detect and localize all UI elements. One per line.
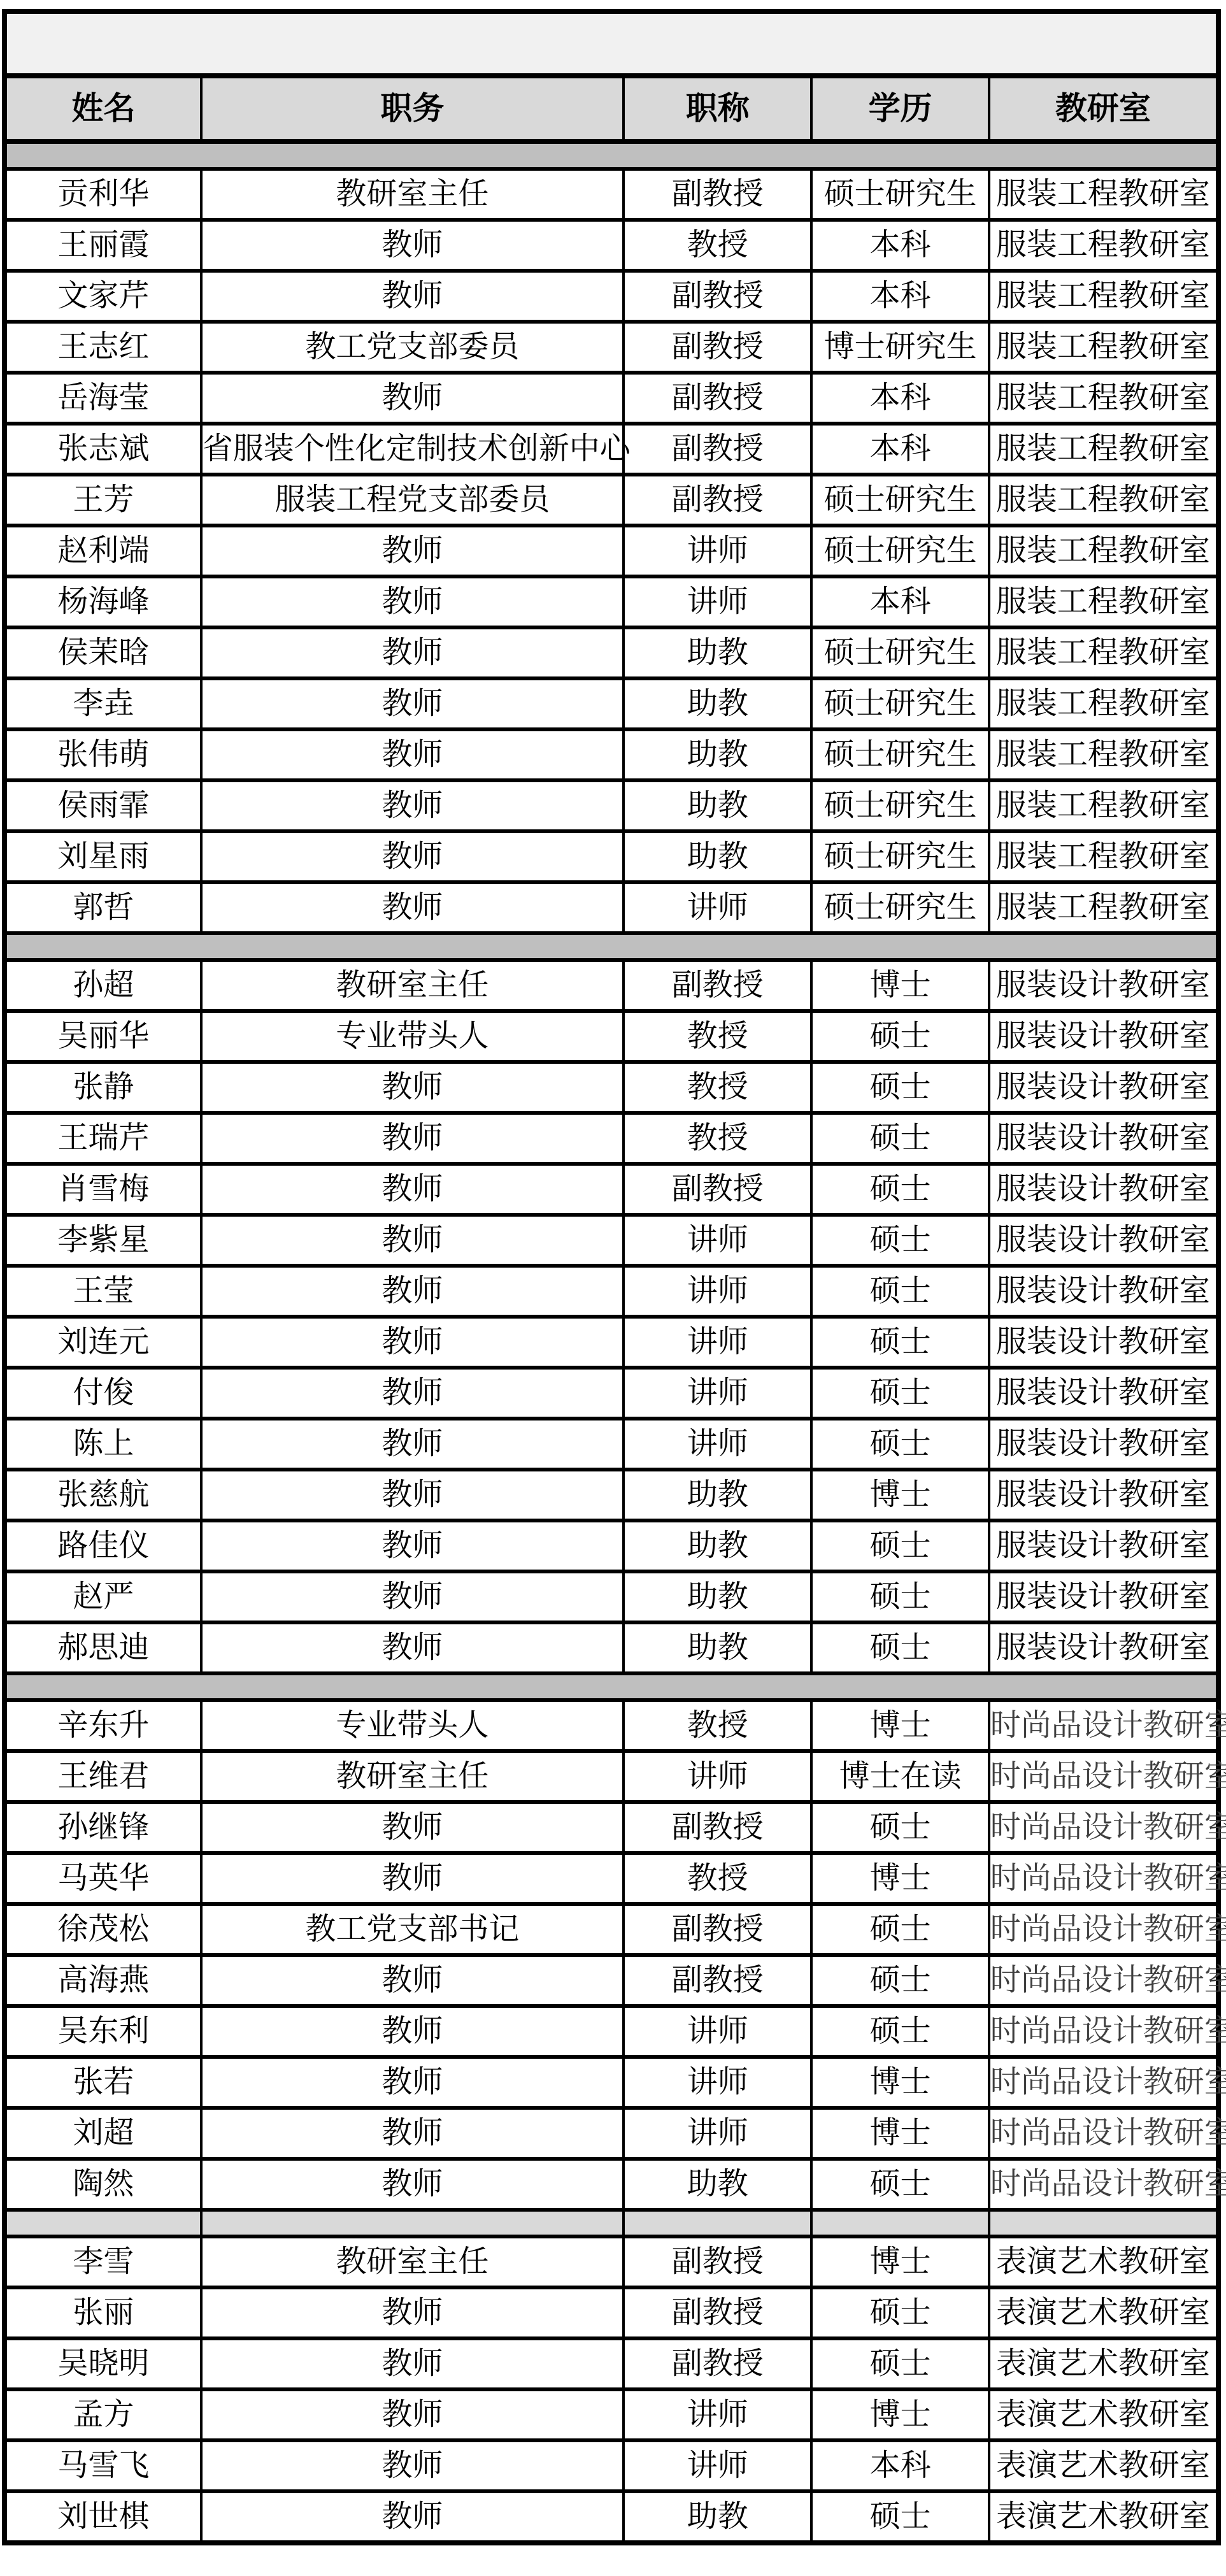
cell-office: 服装设计教研室 — [989, 1317, 1218, 1368]
cell-position: 教师 — [201, 678, 624, 729]
cell-position: 教师 — [201, 1368, 624, 1419]
top-empty-cell — [4, 11, 1218, 76]
cell-title: 副教授 — [624, 2236, 811, 2287]
cell-degree: 硕士研究生 — [811, 526, 988, 576]
cell-position: 教师 — [201, 2491, 624, 2543]
cell-position: 教师 — [201, 729, 624, 780]
cell-title: 讲师 — [624, 526, 811, 576]
column-header-name: 姓名 — [4, 76, 201, 141]
cell-office: 服装工程教研室 — [989, 475, 1218, 526]
cell-degree: 硕士 — [811, 2159, 988, 2210]
cell-title: 副教授 — [624, 271, 811, 322]
cell-name: 张若 — [4, 2057, 201, 2108]
cell-name: 王芳 — [4, 475, 201, 526]
table-row: 王瑞芹教师教授硕士服装设计教研室 — [4, 1113, 1218, 1164]
section-separator — [4, 1673, 1218, 1700]
table-row: 马英华教师教授博士时尚品设计教研室 — [4, 1853, 1218, 1904]
cell-office: 服装设计教研室 — [989, 1571, 1218, 1622]
cell-office: 服装工程教研室 — [989, 576, 1218, 627]
cell-title: 教授 — [624, 1113, 811, 1164]
table-row: 张伟萌教师助教硕士研究生服装工程教研室 — [4, 729, 1218, 780]
cell-name: 刘星雨 — [4, 831, 201, 882]
table-row: 张若教师讲师博士时尚品设计教研室 — [4, 2057, 1218, 2108]
cell-position: 省服装个性化定制技术创新中心 — [201, 424, 624, 475]
table-row: 徐茂松教工党支部书记副教授硕士时尚品设计教研室 — [4, 1904, 1218, 1955]
cell-title: 副教授 — [624, 1164, 811, 1215]
cell-position: 教师 — [201, 1571, 624, 1622]
cell-degree: 本科 — [811, 373, 988, 424]
cell-degree: 硕士研究生 — [811, 729, 988, 780]
cell-title: 副教授 — [624, 169, 811, 220]
cell-title: 助教 — [624, 1521, 811, 1571]
table-row: 孟方教师讲师博士表演艺术教研室 — [4, 2389, 1218, 2440]
cell-office: 服装设计教研室 — [989, 960, 1218, 1011]
cell-name: 杨海峰 — [4, 576, 201, 627]
cell-office: 时尚品设计教研室 — [989, 2057, 1218, 2108]
cell-title: 助教 — [624, 2491, 811, 2543]
cell-name: 侯雨霏 — [4, 780, 201, 831]
cell-title: 讲师 — [624, 1215, 811, 1266]
cell-office: 服装工程教研室 — [989, 831, 1218, 882]
table-row: 赵利端教师讲师硕士研究生服装工程教研室 — [4, 526, 1218, 576]
cell-degree: 硕士研究生 — [811, 169, 988, 220]
cell-office: 服装设计教研室 — [989, 1368, 1218, 1419]
cell-degree: 硕士研究生 — [811, 780, 988, 831]
separator-cell — [811, 2210, 988, 2236]
cell-position: 教师 — [201, 627, 624, 678]
cell-position: 教师 — [201, 2287, 624, 2338]
cell-title: 助教 — [624, 780, 811, 831]
cell-position: 服装工程党支部委员 — [201, 475, 624, 526]
cell-position: 教师 — [201, 526, 624, 576]
cell-degree: 硕士 — [811, 1955, 988, 2006]
cell-office: 表演艺术教研室 — [989, 2440, 1218, 2491]
cell-title: 助教 — [624, 831, 811, 882]
cell-title: 助教 — [624, 729, 811, 780]
cell-degree: 本科 — [811, 424, 988, 475]
cell-degree: 博士 — [811, 1853, 988, 1904]
cell-name: 辛东升 — [4, 1700, 201, 1751]
separator-cell — [201, 2210, 624, 2236]
cell-office: 服装工程教研室 — [989, 729, 1218, 780]
cell-degree: 硕士研究生 — [811, 627, 988, 678]
table-row: 侯茉晗教师助教硕士研究生服装工程教研室 — [4, 627, 1218, 678]
cell-title: 讲师 — [624, 2440, 811, 2491]
cell-office: 服装设计教研室 — [989, 1470, 1218, 1521]
cell-degree: 硕士 — [811, 2338, 988, 2389]
cell-title: 副教授 — [624, 2338, 811, 2389]
cell-degree: 硕士 — [811, 1419, 988, 1470]
cell-name: 刘超 — [4, 2108, 201, 2159]
cell-degree: 博士 — [811, 1470, 988, 1521]
cell-name: 马英华 — [4, 1853, 201, 1904]
cell-title: 讲师 — [624, 2389, 811, 2440]
cell-name: 马雪飞 — [4, 2440, 201, 2491]
cell-degree: 硕士 — [811, 1571, 988, 1622]
cell-degree: 硕士研究生 — [811, 882, 988, 933]
cell-office: 时尚品设计教研室 — [989, 1802, 1218, 1853]
cell-position: 教工党支部书记 — [201, 1904, 624, 1955]
table-row: 刘星雨教师助教硕士研究生服装工程教研室 — [4, 831, 1218, 882]
cell-title: 副教授 — [624, 2287, 811, 2338]
table-row: 孙超教研室主任副教授博士服装设计教研室 — [4, 960, 1218, 1011]
cell-name: 王丽霞 — [4, 220, 201, 271]
cell-position: 教师 — [201, 2159, 624, 2210]
cell-office: 表演艺术教研室 — [989, 2491, 1218, 2543]
cell-degree: 硕士 — [811, 1011, 988, 1062]
cell-title: 副教授 — [624, 1955, 811, 2006]
cell-office: 时尚品设计教研室 — [989, 2006, 1218, 2057]
cell-title: 副教授 — [624, 424, 811, 475]
cell-title: 助教 — [624, 627, 811, 678]
table-row: 陈上教师讲师硕士服装设计教研室 — [4, 1419, 1218, 1470]
cell-title: 讲师 — [624, 2006, 811, 2057]
cell-name: 陈上 — [4, 1419, 201, 1470]
table-row: 吴丽华专业带头人教授硕士服装设计教研室 — [4, 1011, 1218, 1062]
cell-office: 时尚品设计教研室 — [989, 1904, 1218, 1955]
table-row: 文家芹教师副教授本科服装工程教研室 — [4, 271, 1218, 322]
cell-title: 讲师 — [624, 1266, 811, 1317]
cell-name: 赵严 — [4, 1571, 201, 1622]
cell-position: 专业带头人 — [201, 1700, 624, 1751]
cell-office: 时尚品设计教研室 — [989, 2108, 1218, 2159]
table-row: 张静教师教授硕士服装设计教研室 — [4, 1062, 1218, 1113]
cell-position: 教师 — [201, 2108, 624, 2159]
cell-position: 教师 — [201, 2338, 624, 2389]
section-separator — [4, 141, 1218, 169]
table-row: 赵严教师助教硕士服装设计教研室 — [4, 1571, 1218, 1622]
cell-name: 王莹 — [4, 1266, 201, 1317]
cell-degree: 博士 — [811, 2057, 988, 2108]
cell-degree: 硕士 — [811, 1215, 988, 1266]
cell-name: 王瑞芹 — [4, 1113, 201, 1164]
cell-name: 李紫星 — [4, 1215, 201, 1266]
cell-title: 讲师 — [624, 2108, 811, 2159]
cell-title: 讲师 — [624, 1368, 811, 1419]
cell-name: 刘连元 — [4, 1317, 201, 1368]
cell-name: 肖雪梅 — [4, 1164, 201, 1215]
cell-name: 付俊 — [4, 1368, 201, 1419]
cell-title: 助教 — [624, 2159, 811, 2210]
cell-name: 孟方 — [4, 2389, 201, 2440]
cell-name: 侯茉晗 — [4, 627, 201, 678]
column-header-degree: 学历 — [811, 76, 988, 141]
faculty-roster-table: 姓名 职务 职称 学历 教研室 贡利华教研室主任副教授硕士研究生服装工程教研室王… — [2, 9, 1221, 2545]
cell-office: 表演艺术教研室 — [989, 2389, 1218, 2440]
cell-degree: 硕士 — [811, 1904, 988, 1955]
cell-office: 服装工程教研室 — [989, 627, 1218, 678]
cell-title: 讲师 — [624, 1751, 811, 1802]
cell-name: 吴丽华 — [4, 1011, 201, 1062]
cell-position: 教师 — [201, 271, 624, 322]
table-row: 王莹教师讲师硕士服装设计教研室 — [4, 1266, 1218, 1317]
cell-office: 服装工程教研室 — [989, 373, 1218, 424]
top-empty-band — [4, 11, 1218, 76]
table-row: 吴晓明教师副教授硕士表演艺术教研室 — [4, 2338, 1218, 2389]
table-row: 刘世棋教师助教硕士表演艺术教研室 — [4, 2491, 1218, 2543]
cell-office: 服装设计教研室 — [989, 1062, 1218, 1113]
cell-degree: 硕士 — [811, 1164, 988, 1215]
cell-position: 教师 — [201, 780, 624, 831]
cell-name: 张丽 — [4, 2287, 201, 2338]
cell-degree: 博士 — [811, 2389, 988, 2440]
table-row: 郝思迪教师助教硕士服装设计教研室 — [4, 1622, 1218, 1673]
cell-position: 教师 — [201, 576, 624, 627]
cell-name: 路佳仪 — [4, 1521, 201, 1571]
cell-degree: 硕士 — [811, 2006, 988, 2057]
cell-title: 教授 — [624, 1062, 811, 1113]
table-row: 孙继锋教师副教授硕士时尚品设计教研室 — [4, 1802, 1218, 1853]
cell-office: 服装工程教研室 — [989, 882, 1218, 933]
table-row: 吴东利教师讲师硕士时尚品设计教研室 — [4, 2006, 1218, 2057]
cell-office: 服装工程教研室 — [989, 526, 1218, 576]
cell-degree: 本科 — [811, 2440, 988, 2491]
cell-name: 孙继锋 — [4, 1802, 201, 1853]
cell-title: 副教授 — [624, 1802, 811, 1853]
table-row: 付俊教师讲师硕士服装设计教研室 — [4, 1368, 1218, 1419]
cell-degree: 博士在读 — [811, 1751, 988, 1802]
cell-position: 教师 — [201, 1113, 624, 1164]
cell-degree: 博士 — [811, 2236, 988, 2287]
cell-degree: 本科 — [811, 220, 988, 271]
column-header-title: 职称 — [624, 76, 811, 141]
cell-name: 张伟萌 — [4, 729, 201, 780]
section-separator — [4, 933, 1218, 960]
table-row: 张慈航教师助教博士服装设计教研室 — [4, 1470, 1218, 1521]
cell-office: 时尚品设计教研室 — [989, 1853, 1218, 1904]
cell-position: 教师 — [201, 1853, 624, 1904]
cell-name: 孙超 — [4, 960, 201, 1011]
cell-degree: 硕士研究生 — [811, 831, 988, 882]
cell-degree: 博士 — [811, 2108, 988, 2159]
cell-degree: 博士 — [811, 1700, 988, 1751]
cell-degree: 本科 — [811, 271, 988, 322]
cell-name: 刘世棋 — [4, 2491, 201, 2543]
table-row: 刘连元教师讲师硕士服装设计教研室 — [4, 1317, 1218, 1368]
cell-position: 教师 — [201, 1266, 624, 1317]
cell-office: 服装设计教研室 — [989, 1419, 1218, 1470]
table-row: 贡利华教研室主任副教授硕士研究生服装工程教研室 — [4, 169, 1218, 220]
cell-name: 王维君 — [4, 1751, 201, 1802]
separator-cell — [4, 141, 1218, 169]
cell-position: 教研室主任 — [201, 169, 624, 220]
cell-degree: 硕士研究生 — [811, 475, 988, 526]
cell-position: 教工党支部委员 — [201, 322, 624, 373]
cell-degree: 硕士 — [811, 1062, 988, 1113]
cell-title: 教授 — [624, 220, 811, 271]
table-row: 李垚教师助教硕士研究生服装工程教研室 — [4, 678, 1218, 729]
separator-cell — [4, 933, 1218, 960]
cell-title: 助教 — [624, 1571, 811, 1622]
cell-office: 服装工程教研室 — [989, 322, 1218, 373]
table-row: 王丽霞教师教授本科服装工程教研室 — [4, 220, 1218, 271]
cell-degree: 硕士 — [811, 1113, 988, 1164]
header-row: 姓名 职务 职称 学历 教研室 — [4, 76, 1218, 141]
cell-degree: 本科 — [811, 576, 988, 627]
cell-office: 服装工程教研室 — [989, 780, 1218, 831]
cell-title: 助教 — [624, 678, 811, 729]
table-row: 郭哲教师讲师硕士研究生服装工程教研室 — [4, 882, 1218, 933]
cell-position: 教研室主任 — [201, 1751, 624, 1802]
cell-name: 文家芹 — [4, 271, 201, 322]
cell-position: 教师 — [201, 1062, 624, 1113]
cell-position: 教师 — [201, 1802, 624, 1853]
table-row: 岳海莹教师副教授本科服装工程教研室 — [4, 373, 1218, 424]
cell-office: 服装设计教研室 — [989, 1266, 1218, 1317]
table-row: 张志斌省服装个性化定制技术创新中心副教授本科服装工程教研室 — [4, 424, 1218, 475]
cell-position: 教师 — [201, 220, 624, 271]
cell-degree: 硕士 — [811, 1266, 988, 1317]
cell-position: 专业带头人 — [201, 1011, 624, 1062]
table-row: 王志红教工党支部委员副教授博士研究生服装工程教研室 — [4, 322, 1218, 373]
cell-position: 教师 — [201, 2440, 624, 2491]
cell-position: 教师 — [201, 1521, 624, 1571]
cell-position: 教师 — [201, 2006, 624, 2057]
cell-name: 陶然 — [4, 2159, 201, 2210]
cell-degree: 硕士 — [811, 2491, 988, 2543]
cell-title: 教授 — [624, 1700, 811, 1751]
cell-title: 讲师 — [624, 1317, 811, 1368]
cell-name: 岳海莹 — [4, 373, 201, 424]
table-row: 肖雪梅教师副教授硕士服装设计教研室 — [4, 1164, 1218, 1215]
cell-title: 副教授 — [624, 475, 811, 526]
cell-title: 副教授 — [624, 1904, 811, 1955]
column-header-position: 职务 — [201, 76, 624, 141]
cell-title: 副教授 — [624, 373, 811, 424]
cell-name: 张志斌 — [4, 424, 201, 475]
cell-title: 副教授 — [624, 960, 811, 1011]
page: 姓名 职务 职称 学历 教研室 贡利华教研室主任副教授硕士研究生服装工程教研室王… — [0, 0, 1226, 2576]
table-row: 王芳服装工程党支部委员副教授硕士研究生服装工程教研室 — [4, 475, 1218, 526]
table-row: 辛东升专业带头人教授博士时尚品设计教研室 — [4, 1700, 1218, 1751]
cell-degree: 博士研究生 — [811, 322, 988, 373]
cell-degree: 硕士 — [811, 2287, 988, 2338]
table-row: 张丽教师副教授硕士表演艺术教研室 — [4, 2287, 1218, 2338]
cell-position: 教师 — [201, 1419, 624, 1470]
cell-name: 吴晓明 — [4, 2338, 201, 2389]
cell-position: 教研室主任 — [201, 960, 624, 1011]
table-row: 刘超教师讲师博士时尚品设计教研室 — [4, 2108, 1218, 2159]
cell-office: 时尚品设计教研室 — [989, 1751, 1218, 1802]
cell-position: 教师 — [201, 831, 624, 882]
cell-name: 李垚 — [4, 678, 201, 729]
cell-name: 高海燕 — [4, 1955, 201, 2006]
separator-cell — [4, 2210, 201, 2236]
cell-office: 服装设计教研室 — [989, 1215, 1218, 1266]
table-row: 陶然教师助教硕士时尚品设计教研室 — [4, 2159, 1218, 2210]
cell-title: 助教 — [624, 1470, 811, 1521]
cell-office: 服装工程教研室 — [989, 271, 1218, 322]
cell-title: 副教授 — [624, 322, 811, 373]
table-row: 路佳仪教师助教硕士服装设计教研室 — [4, 1521, 1218, 1571]
table-row: 李雪教研室主任副教授博士表演艺术教研室 — [4, 2236, 1218, 2287]
separator-cell — [4, 1673, 1218, 1700]
separator-cell — [989, 2210, 1218, 2236]
cell-position: 教师 — [201, 1317, 624, 1368]
cell-position: 教师 — [201, 1164, 624, 1215]
cell-position: 教师 — [201, 2057, 624, 2108]
cell-office: 时尚品设计教研室 — [989, 1955, 1218, 2006]
cell-office: 服装设计教研室 — [989, 1113, 1218, 1164]
cell-name: 王志红 — [4, 322, 201, 373]
cell-title: 讲师 — [624, 2057, 811, 2108]
cell-position: 教师 — [201, 882, 624, 933]
table-row: 王维君教研室主任讲师博士在读时尚品设计教研室 — [4, 1751, 1218, 1802]
table-row: 杨海峰教师讲师本科服装工程教研室 — [4, 576, 1218, 627]
cell-degree: 硕士 — [811, 1802, 988, 1853]
cell-position: 教师 — [201, 2389, 624, 2440]
cell-title: 讲师 — [624, 882, 811, 933]
cell-degree: 硕士 — [811, 1521, 988, 1571]
cell-office: 时尚品设计教研室 — [989, 2159, 1218, 2210]
table-row: 李紫星教师讲师硕士服装设计教研室 — [4, 1215, 1218, 1266]
column-header-office: 教研室 — [989, 76, 1218, 141]
cell-office: 表演艺术教研室 — [989, 2338, 1218, 2389]
separator-cell — [624, 2210, 811, 2236]
cell-office: 表演艺术教研室 — [989, 2287, 1218, 2338]
cell-office: 服装工程教研室 — [989, 678, 1218, 729]
cell-office: 服装设计教研室 — [989, 1164, 1218, 1215]
cell-name: 赵利端 — [4, 526, 201, 576]
cell-position: 教师 — [201, 1215, 624, 1266]
cell-name: 张静 — [4, 1062, 201, 1113]
cell-name: 贡利华 — [4, 169, 201, 220]
cell-position: 教师 — [201, 1622, 624, 1673]
cell-degree: 硕士 — [811, 1317, 988, 1368]
cell-position: 教师 — [201, 1470, 624, 1521]
cell-position: 教师 — [201, 1955, 624, 2006]
cell-office: 表演艺术教研室 — [989, 2236, 1218, 2287]
cell-office: 服装工程教研室 — [989, 220, 1218, 271]
cell-office: 服装设计教研室 — [989, 1521, 1218, 1571]
cell-office: 服装设计教研室 — [989, 1622, 1218, 1673]
cell-name: 郭哲 — [4, 882, 201, 933]
cell-position: 教研室主任 — [201, 2236, 624, 2287]
cell-name: 郝思迪 — [4, 1622, 201, 1673]
cell-title: 教授 — [624, 1011, 811, 1062]
table-row: 侯雨霏教师助教硕士研究生服装工程教研室 — [4, 780, 1218, 831]
cell-title: 讲师 — [624, 576, 811, 627]
cell-office: 时尚品设计教研室 — [989, 1700, 1218, 1751]
table-row: 马雪飞教师讲师本科表演艺术教研室 — [4, 2440, 1218, 2491]
cell-name: 李雪 — [4, 2236, 201, 2287]
cell-position: 教师 — [201, 373, 624, 424]
cell-title: 讲师 — [624, 1419, 811, 1470]
cell-title: 助教 — [624, 1622, 811, 1673]
table-row: 高海燕教师副教授硕士时尚品设计教研室 — [4, 1955, 1218, 2006]
section-separator — [4, 2210, 1218, 2236]
cell-degree: 硕士 — [811, 1368, 988, 1419]
cell-office: 服装工程教研室 — [989, 424, 1218, 475]
cell-title: 教授 — [624, 1853, 811, 1904]
cell-degree: 硕士 — [811, 1622, 988, 1673]
cell-degree: 博士 — [811, 960, 988, 1011]
cell-degree: 硕士研究生 — [811, 678, 988, 729]
cell-office: 服装工程教研室 — [989, 169, 1218, 220]
cell-name: 徐茂松 — [4, 1904, 201, 1955]
cell-name: 吴东利 — [4, 2006, 201, 2057]
cell-office: 服装设计教研室 — [989, 1011, 1218, 1062]
cell-name: 张慈航 — [4, 1470, 201, 1521]
